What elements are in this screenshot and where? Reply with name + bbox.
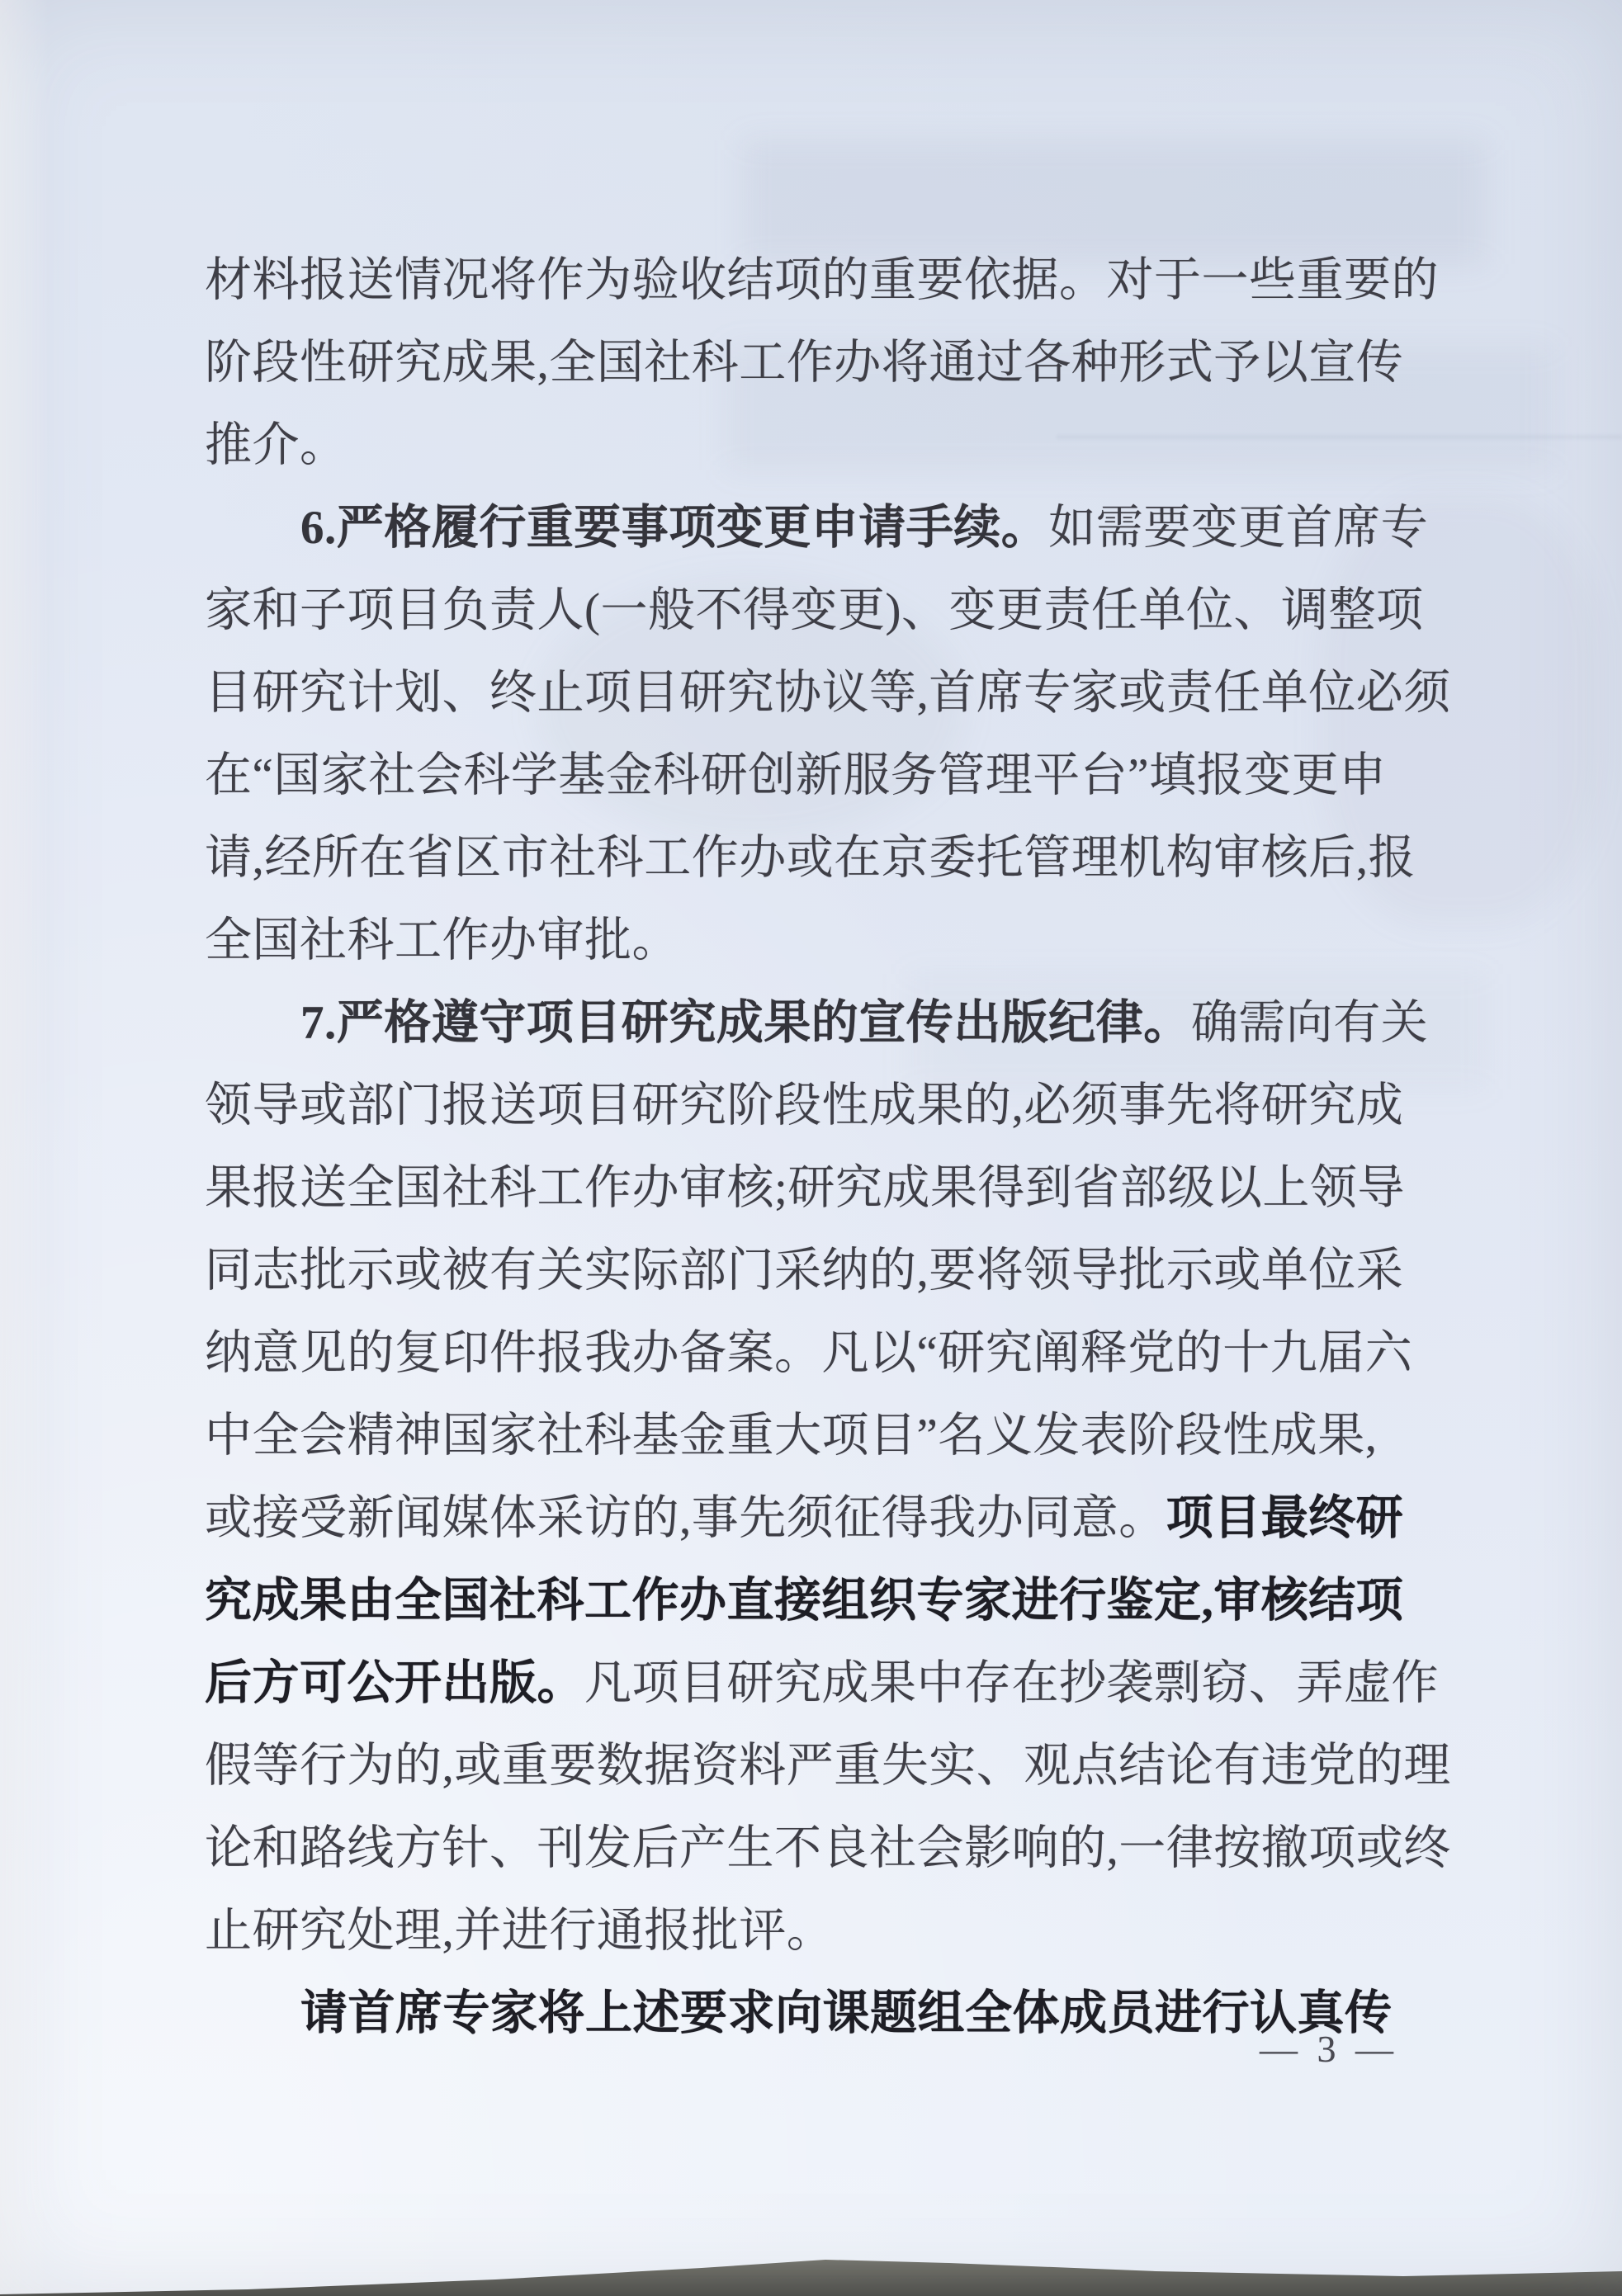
text-line: 或接受新闻媒体采访的,事先须征得我办同意。项目最终研 [205, 1477, 1443, 1560]
text-run: 中全会精神国家社科基金重大项目”名义发表阶段性成果, [205, 1410, 1378, 1462]
text-line: 7.严格遵守项目研究成果的宣传出版纪律。确需向有关 [205, 982, 1443, 1065]
text-line: 后方可公开出版。凡项目研究成果中存在抄袭剽窃、弄虚作 [205, 1642, 1443, 1725]
text-run: 在“国家社会科学基金科研创新服务管理平台”填报变更申 [205, 749, 1387, 801]
document-page: 材料报送情况将作为验收结项的重要依据。对于一些重要的阶段性研究成果,全国社科工作… [0, 0, 1622, 2296]
text-run: 或接受新闻媒体采访的,事先须征得我办同意。 [205, 1492, 1166, 1544]
text-line: 全国社科工作办审批。 [205, 900, 1443, 982]
text-line: 6.严格履行重要事项变更申请手续。如需要变更首席专 [205, 487, 1443, 569]
text-run: 同志批示或被有关实际部门采纳的,要将领导批示或单位采 [205, 1245, 1403, 1297]
text-line: 领导或部门报送项目研究阶段性成果的,必须事先将研究成 [205, 1065, 1443, 1147]
text-run: 7.严格遵守项目研究成果的宣传出版纪律。 [300, 997, 1191, 1049]
text-line: 阶段性研究成果,全国社科工作办将通过各种形式予以宣传 [205, 322, 1443, 404]
text-run: 究成果由全国社科工作办直接组织专家进行鉴定,审核结项 [205, 1575, 1403, 1627]
desk-shadow-edge [0, 2246, 1622, 2296]
text-line: 请,经所在省区市社科工作办或在京委托管理机构审核后,报 [205, 817, 1443, 900]
text-line: 同志批示或被有关实际部门采纳的,要将领导批示或单位采 [205, 1230, 1443, 1312]
page-number: — 3 — [1222, 2020, 1436, 2078]
text-line: 止研究处理,并进行通报批评。 [205, 1890, 1443, 1972]
text-run: 止研究处理,并进行通报批评。 [205, 1905, 834, 1957]
text-run: 如需要变更首席专 [1048, 502, 1428, 554]
text-run: 果报送全国社科工作办审核;研究成果得到省部级以上领导 [205, 1162, 1405, 1214]
text-line: 论和路线方针、刊发后产生不良社会影响的,一律按撤项或终 [205, 1807, 1443, 1890]
text-run: 目研究计划、终止项目研究协议等,首席专家或责任单位必须 [205, 667, 1451, 719]
text-line: 假等行为的,或重要数据资料严重失实、观点结论有违党的理 [205, 1725, 1443, 1807]
text-run: 领导或部门报送项目研究阶段性成果的,必须事先将研究成 [205, 1079, 1403, 1131]
text-run: 纳意见的复印件报我办备案。凡以“研究阐释党的十九届六 [205, 1327, 1412, 1379]
text-run: 请,经所在省区市社科工作办或在京委托管理机构审核后,报 [205, 832, 1416, 884]
text-run: 假等行为的,或重要数据资料严重失实、观点结论有违党的理 [205, 1740, 1451, 1792]
text-run: 家和子项目负责人(一般不得变更)、变更责任单位、调整项 [205, 584, 1423, 636]
text-line: 目研究计划、终止项目研究协议等,首席专家或责任单位必须 [205, 652, 1443, 735]
text-line: 中全会精神国家社科基金重大项目”名义发表阶段性成果, [205, 1395, 1443, 1477]
text-line: 纳意见的复印件报我办备案。凡以“研究阐释党的十九届六 [205, 1312, 1443, 1395]
text-run: 确需向有关 [1191, 997, 1429, 1049]
text-run: 材料报送情况将作为验收结项的重要依据。对于一些重要的 [205, 254, 1439, 306]
text-line: 在“国家社会科学基金科研创新服务管理平台”填报变更申 [205, 735, 1443, 817]
text-line: 家和子项目负责人(一般不得变更)、变更责任单位、调整项 [205, 569, 1443, 652]
text-run: 后方可公开出版。 [205, 1657, 584, 1709]
text-run: 凡项目研究成果中存在抄袭剽窃、弄虚作 [584, 1657, 1439, 1709]
text-run: 全国社科工作办审批。 [205, 914, 679, 966]
text-line: 推介。 [205, 404, 1443, 487]
text-line: 果报送全国社科工作办审核;研究成果得到省部级以上领导 [205, 1147, 1443, 1230]
text-run: 6.严格履行重要事项变更申请手续。 [300, 502, 1048, 554]
text-line: 材料报送情况将作为验收结项的重要依据。对于一些重要的 [205, 239, 1443, 322]
text-line: 究成果由全国社科工作办直接组织专家进行鉴定,审核结项 [205, 1560, 1443, 1642]
text-run: 阶段性研究成果,全国社科工作办将通过各种形式予以宣传 [205, 337, 1403, 389]
document-body: 材料报送情况将作为验收结项的重要依据。对于一些重要的阶段性研究成果,全国社科工作… [205, 239, 1443, 2055]
text-run: 项目最终研 [1166, 1492, 1404, 1544]
text-run: 推介。 [205, 419, 348, 471]
text-run: 论和路线方针、刊发后产生不良社会影响的,一律按撤项或终 [205, 1822, 1451, 1874]
